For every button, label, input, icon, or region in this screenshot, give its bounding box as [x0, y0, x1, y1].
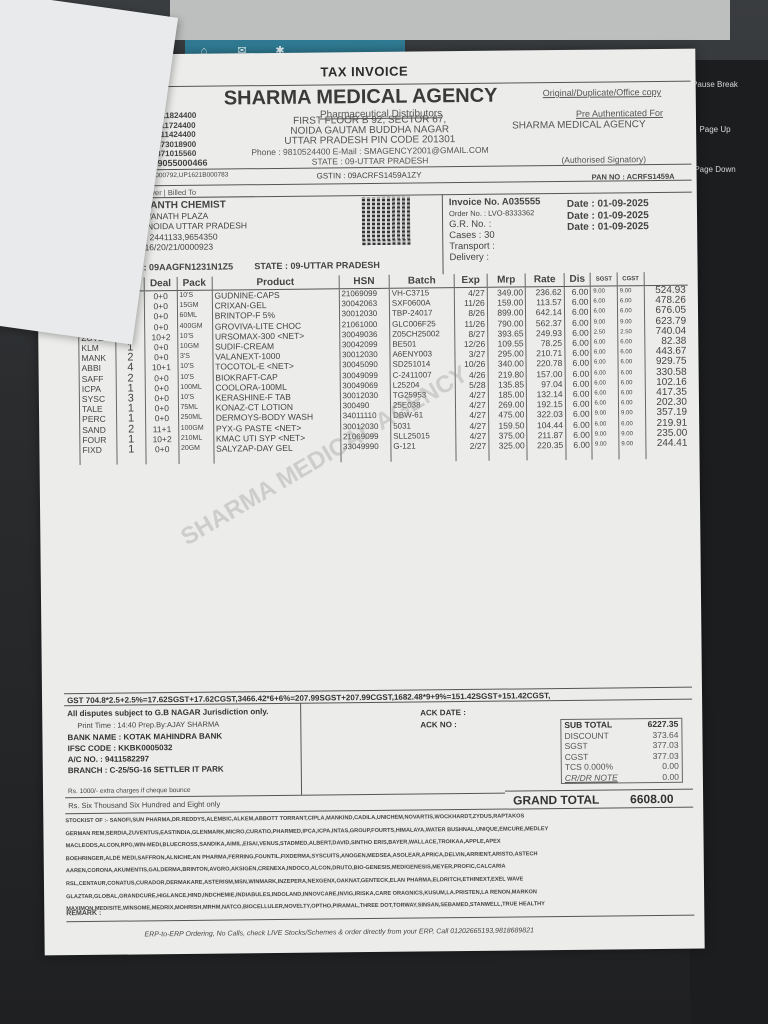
col-company: FOUR [80, 434, 117, 445]
col-deal: 11+1 [146, 424, 179, 435]
col-exp-header: Exp [454, 274, 487, 288]
order-no: Order No. : LVO-8333362 [449, 207, 541, 219]
col-cgst: 9.00 [618, 317, 645, 327]
col-pack: 10GM [177, 342, 212, 353]
ack-info: ACK DATE : ACK NO : [420, 707, 466, 731]
col-mrp: 340.00 [488, 359, 527, 370]
print-time: Print Time : 14:40 Prep.By:AJAY SHARMA [77, 720, 219, 730]
col-cgst: 6.00 [618, 398, 645, 408]
col-hsn: 30012030 [340, 391, 390, 402]
pre-auth-name: SHARMA MEDICAL AGENCY [512, 119, 646, 131]
col-dis: 6.00 [565, 409, 592, 419]
col-hsn: 30049036 [339, 330, 389, 341]
col-batch: SLL25015 [391, 431, 456, 442]
col-cgst: 9.00 [619, 429, 646, 439]
col-product-header: Product [212, 275, 339, 290]
col-mrp: 109.55 [488, 338, 527, 349]
col-pack: 20GM [178, 444, 213, 455]
col-rate: 642.14 [526, 307, 565, 318]
key-page-up: Page Up [690, 125, 740, 135]
col-exp: 4/27 [456, 410, 489, 421]
col-deal: 10+2 [145, 332, 178, 343]
col-sgst: 9.00 [592, 429, 619, 439]
col-rate: 562.37 [526, 318, 565, 329]
col-deal: 0+0 [146, 444, 179, 455]
col-mrp: 219.80 [488, 369, 527, 380]
col-mrp: 325.00 [489, 440, 528, 451]
key-pause-break: Pause Break [690, 80, 740, 90]
col-batch: GLC006F25 [390, 319, 455, 330]
col-qty: 1 [117, 444, 147, 455]
col-company: ICPA [79, 383, 116, 394]
col-exp: 4/27 [456, 420, 489, 431]
invoice-dates: Date : 01-09-2025 Date : 01-09-2025 Date… [567, 198, 649, 233]
col-pack-header: Pack [177, 277, 212, 291]
col-rate: 236.62 [526, 286, 565, 297]
col-sgst: 6.00 [592, 388, 619, 398]
col-exp: 8/27 [455, 329, 488, 340]
col-pack: 100ML [178, 382, 213, 393]
col-deal: 0+0 [145, 373, 178, 384]
col-rate: 220.35 [527, 440, 566, 451]
col-deal: 0+0 [144, 301, 177, 312]
col-exp: 4/27 [456, 431, 489, 442]
totals-box: SUB TOTAL6227.35DISCOUNT373.64SGST377.03… [560, 718, 683, 784]
col-company: FIXD [80, 445, 117, 456]
col-cgst: 6.00 [618, 388, 645, 398]
col-rate-header: Rate [525, 273, 564, 287]
col-sgst: 9.00 [591, 317, 618, 327]
col-cgst: 6.00 [617, 307, 644, 317]
col-cgst: 9.00 [619, 439, 646, 449]
col-deal: 0+0 [145, 352, 178, 363]
col-sgst: 6.00 [591, 307, 618, 317]
stockist-list: STOCKIST OF :- SANOFI,SUN PHARMA,DR.REDD… [65, 809, 694, 916]
col-deal: 10+1 [145, 362, 178, 373]
col-cgst: 6.00 [618, 368, 645, 378]
col-cgst: 2.50 [618, 327, 645, 337]
col-company: SAFF [79, 373, 116, 384]
col-pack: 10'S [177, 331, 212, 342]
col-hsn: 30042063 [339, 299, 389, 310]
col-exp: 4/27 [454, 287, 487, 298]
seller-address: FIRST FLOOR B 92, SECTOR 67, NOIDA GAUTA… [251, 115, 489, 167]
col-dis-header: Dis [564, 273, 591, 287]
seller-name: SHARMA MEDICAL AGENCY [224, 85, 498, 111]
cheque-note: Rs. 1000/- extra charges if cheque bounc… [68, 787, 191, 795]
bank-details: BANK NAME : KOTAK MAHINDRA BANK IFSC COD… [67, 731, 223, 777]
col-rate: 220.78 [526, 358, 565, 369]
col-rate: 210.71 [526, 348, 565, 359]
col-mrp: 159.50 [488, 420, 527, 431]
col-batch: G-121 [391, 441, 456, 452]
col-cgst: 6.00 [617, 296, 644, 306]
col-rate: 157.00 [526, 369, 565, 380]
col-company: PERC [80, 414, 117, 425]
col-batch: VH-C3715 [389, 288, 454, 299]
col-exp: 3/27 [455, 349, 488, 360]
col-company: SYSC [79, 394, 116, 405]
col-deal: 0+0 [146, 403, 179, 414]
col-mrp: 393.65 [488, 328, 527, 339]
footer-note: ERP-to-ERP Ordering, No Calls, check LIV… [144, 927, 534, 938]
col-deal: 0+0 [145, 393, 178, 404]
col-hsn: 30012030 [340, 350, 390, 361]
col-company: TALE [79, 404, 116, 415]
col-dis: 6.00 [564, 307, 591, 317]
col-sgst: 9.00 [591, 286, 618, 297]
col-batch: Z05CH25002 [390, 329, 455, 340]
copy-label: Original/Duplicate/Office copy [543, 87, 661, 98]
col-pack: 75ML [178, 403, 213, 414]
remark-label: REMARK : [66, 910, 101, 917]
col-deal: 0+0 [145, 342, 178, 353]
col-dis: 6.00 [564, 286, 591, 297]
col-pack: 10'S [177, 290, 212, 301]
col-sgst: 6.00 [592, 368, 619, 378]
col-pack: 10'S [178, 362, 213, 373]
jurisdiction-note: All disputes subject to G.B NAGAR Jurisd… [67, 707, 268, 718]
col-sgst: 2.50 [591, 327, 618, 337]
amount-in-words: Rs. Six Thousand Six Hundred and Eight o… [68, 800, 220, 811]
col-pack: 400GM [177, 321, 212, 332]
col-hsn: 21069099 [339, 288, 389, 299]
col-rate: 113.57 [526, 297, 565, 308]
col-mrp: 185.00 [488, 389, 527, 400]
col-company: SAND [80, 424, 117, 435]
col-sgst: 6.00 [592, 378, 619, 388]
col-mrp: 295.00 [488, 349, 527, 360]
col-pack: 10'S [178, 393, 213, 404]
col-exp: 11/26 [455, 298, 488, 309]
col-mrp: 475.00 [488, 410, 527, 421]
grand-total-value: 6608.00 [630, 792, 674, 806]
col-dis: 6.00 [565, 338, 592, 348]
col-rate: 322.03 [527, 409, 566, 420]
col-sgst: 6.00 [591, 337, 618, 347]
col-mrp: 269.00 [488, 400, 527, 411]
col-cgst: 6.00 [619, 419, 646, 429]
col-rate: 104.44 [527, 420, 566, 431]
col-rate: 192.15 [527, 399, 566, 410]
col-pack: 3'S [177, 352, 212, 363]
col-rate: 211.87 [527, 430, 566, 441]
col-dis: 6.00 [565, 378, 592, 388]
col-rate: 249.93 [526, 328, 565, 339]
col-dis: 6.00 [564, 317, 591, 327]
col-deal-header: Deal [144, 277, 177, 291]
desk-background [170, 0, 730, 40]
col-company: MANK [79, 353, 116, 364]
col-exp: 11/26 [455, 318, 488, 329]
col-dis: 6.00 [566, 440, 593, 450]
col-dis: 6.00 [565, 368, 592, 378]
col-sgst: 6.00 [591, 348, 618, 358]
col-dis: 6.00 [565, 399, 592, 409]
delivery: Delivery : [449, 251, 541, 263]
col-cgst: 6.00 [618, 347, 645, 357]
col-deal: 0+0 [145, 383, 178, 394]
col-hsn: 30049069 [340, 381, 390, 392]
col-batch: SXF0600A [389, 298, 454, 309]
col-dis: 6.00 [565, 348, 592, 358]
col-hsn: 21061000 [339, 319, 389, 330]
col-sgst: 6.00 [591, 358, 618, 368]
col-sgst-header: SGST [591, 272, 618, 286]
col-cgst: 9.00 [618, 409, 645, 419]
col-mrp: 349.00 [487, 287, 526, 298]
col-pack: 210ML [178, 433, 213, 444]
seller-gstin: GSTIN : 09ACRFS1459A1ZY [317, 170, 422, 180]
col-hsn: 30045090 [340, 360, 390, 371]
col-batch: TBP-24017 [389, 309, 454, 320]
col-batch: A6ENY003 [390, 349, 455, 360]
qr-code [362, 197, 411, 246]
col-dis: 6.00 [564, 297, 591, 307]
col-exp: 8/26 [455, 308, 488, 319]
col-cgst-header: CGST [617, 272, 644, 286]
col-dis: 6.00 [565, 430, 592, 440]
col-cgst: 6.00 [618, 358, 645, 368]
col-sgst: 6.00 [592, 399, 619, 409]
col-rate: 97.04 [527, 379, 566, 390]
col-pack: 60ML [177, 311, 212, 322]
col-cgst: 6.00 [618, 378, 645, 388]
col-dis: 6.00 [565, 419, 592, 429]
col-mrp: 135.85 [488, 379, 527, 390]
col-amount-header [644, 272, 688, 286]
col-exp: 4/27 [456, 400, 489, 411]
col-batch: BE501 [390, 339, 455, 350]
col-batch-header: Batch [389, 274, 454, 288]
col-sgst: 9.00 [592, 409, 619, 419]
totals-row: CR/DR NOTE0.00 [562, 771, 682, 783]
col-hsn: 30049099 [340, 370, 390, 381]
col-dis: 6.00 [564, 327, 591, 337]
pre-auth-label: Pre Authenticated For [576, 108, 663, 119]
col-pack: 100GM [178, 423, 213, 434]
col-deal: 0+0 [146, 413, 179, 424]
col-amount: 244.41 [646, 439, 690, 450]
grand-total-label: GRAND TOTAL [513, 793, 599, 808]
key-page-down: Page Down [690, 165, 740, 175]
col-sgst: 6.00 [592, 419, 619, 429]
col-sgst: 6.00 [591, 297, 618, 307]
col-rate: 132.14 [527, 389, 566, 400]
col-pack: 250ML [178, 413, 213, 424]
col-pack: 15GM [177, 301, 212, 312]
col-dis: 6.00 [565, 389, 592, 399]
col-dis: 6.00 [565, 358, 592, 368]
col-deal: 0+0 [145, 322, 178, 333]
col-mrp: 375.00 [489, 430, 528, 441]
col-exp: 2/27 [456, 441, 489, 452]
col-deal: 0+0 [145, 311, 178, 322]
invoice-meta: Invoice No. A035555 Order No. : LVO-8333… [449, 196, 541, 263]
col-hsn-header: HSN [339, 275, 389, 289]
col-mrp: 790.00 [487, 318, 526, 329]
col-cgst: 9.00 [617, 286, 644, 297]
col-mrp: 159.00 [487, 298, 526, 309]
col-mrp-header: Mrp [487, 273, 526, 287]
col-cgst: 6.00 [618, 337, 645, 347]
col-deal: 0+0 [144, 291, 177, 302]
col-company: KLM [79, 343, 116, 354]
col-deal: 10+2 [146, 434, 179, 445]
doc-title: TAX INVOICE [320, 64, 408, 80]
col-company: ABBI [79, 363, 116, 374]
col-rate: 78.25 [526, 338, 565, 349]
col-hsn: 30012030 [339, 309, 389, 320]
col-hsn: 30042099 [339, 340, 389, 351]
col-exp: 12/26 [455, 339, 488, 350]
col-mrp: 899.00 [487, 308, 526, 319]
col-pack: 10'S [178, 372, 213, 383]
col-sgst: 9.00 [592, 439, 619, 449]
